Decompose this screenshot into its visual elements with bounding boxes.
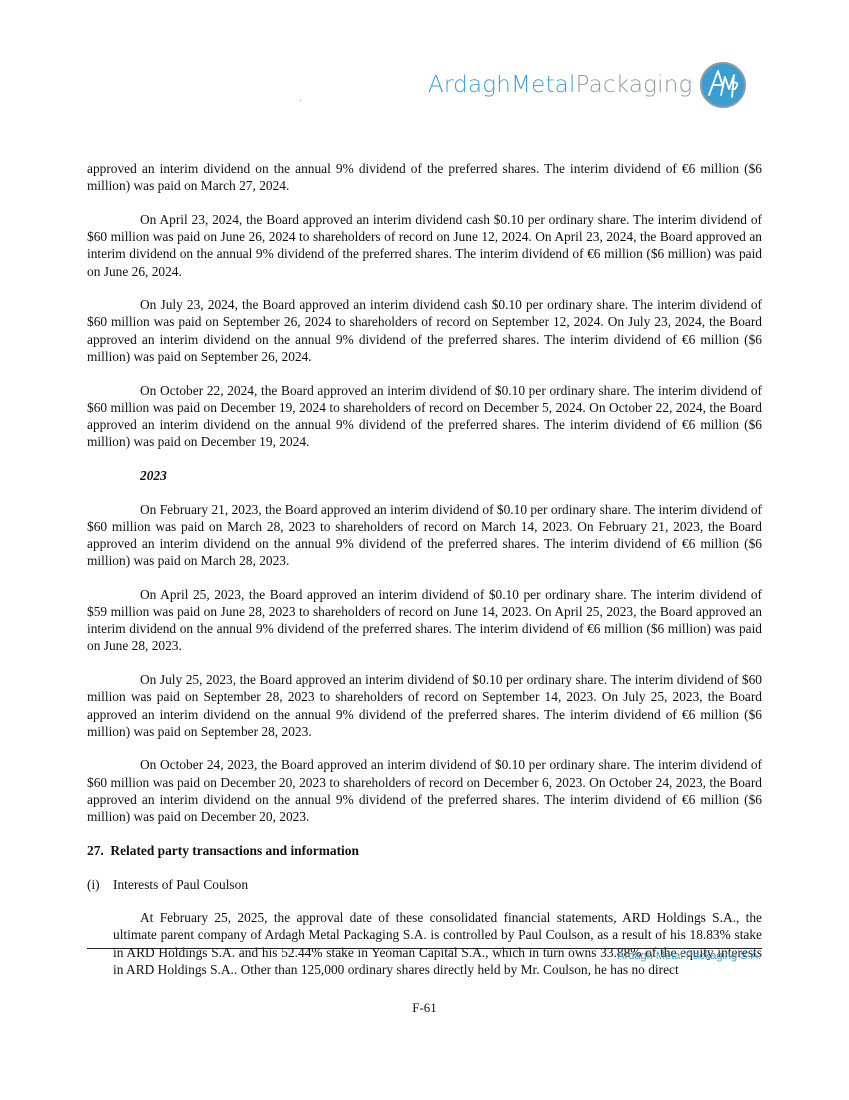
- header-logo: ArdaghMetalPackaging: [428, 60, 747, 110]
- logo-text-ardagh-metal: ArdaghMetal: [428, 72, 576, 98]
- paragraph: On April 25, 2023, the Board approved an…: [87, 586, 762, 655]
- footer-company-name: Ardagh Metal Packaging S.A.: [617, 950, 761, 962]
- document-body: approved an interim dividend on the annu…: [87, 160, 762, 995]
- section-heading: 27. Related party transactions and infor…: [87, 842, 762, 859]
- amp-circle-logo-icon: [699, 61, 747, 109]
- paragraph: On February 21, 2023, the Board approved…: [87, 501, 762, 570]
- paragraph: At February 25, 2025, the approval date …: [113, 909, 762, 978]
- subsection-number: (i): [87, 876, 113, 893]
- subsection-title: Interests of Paul Coulson: [113, 876, 248, 893]
- logo-wordmark: ArdaghMetalPackaging: [428, 72, 693, 98]
- footer-divider: [87, 948, 762, 949]
- paragraph: On October 24, 2023, the Board approved …: [87, 756, 762, 825]
- paragraph: On July 23, 2024, the Board approved an …: [87, 296, 762, 365]
- year-heading: 2023: [140, 467, 762, 484]
- paragraph: approved an interim dividend on the annu…: [87, 160, 762, 194]
- paragraph: On October 22, 2024, the Board approved …: [87, 382, 762, 451]
- paragraph: On July 25, 2023, the Board approved an …: [87, 671, 762, 740]
- subsection-heading: (i) Interests of Paul Coulson: [87, 876, 762, 893]
- stray-mark: [300, 100, 301, 101]
- paragraph: On April 23, 2024, the Board approved an…: [87, 211, 762, 280]
- logo-text-packaging: Packaging: [576, 72, 693, 98]
- page-number: F-61: [0, 1000, 849, 1016]
